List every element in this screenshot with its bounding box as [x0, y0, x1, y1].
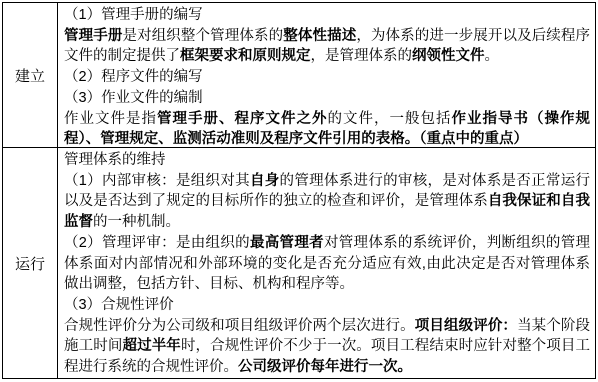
body-text: （1）管理手册的编写	[64, 7, 203, 23]
paragraph: 作业文件是指管理手册、程序文件之外的文件，一般包括作业指导书（操作规程）、管理规…	[64, 109, 590, 147]
body-text: 合规性评价分为公司级和项目组级评价两个层次进行。	[64, 318, 415, 334]
paragraph: （3）合规性评价	[64, 295, 590, 316]
body-text: （2）管理评审：是由组织的	[64, 235, 250, 251]
paragraph: （1）内部审核：是组织对其自身的管理体系进行的审核，是对体系是否正常运行以及是否…	[64, 171, 590, 233]
emphasis-text: 管理手册	[64, 28, 122, 44]
emphasis-text: 纲领性文件	[412, 48, 485, 64]
paragraph: （3）作业文件的编制	[64, 88, 590, 109]
body-text: （3）合规性评价	[64, 297, 174, 313]
emphasis-text: 自身	[250, 173, 280, 189]
paragraph: 管理体系的维持	[64, 150, 590, 171]
emphasis-text: 公司级评价每年进行一次。	[238, 359, 412, 375]
emphasis-text: 整体性描述	[283, 28, 356, 44]
paragraph: 管理手册是对组织整个管理体系的整体性描述，为体系的进一步展开以及后续程序文件的制…	[64, 26, 590, 67]
emphasis-text: 最高管理者	[250, 235, 324, 251]
paragraph: （1）管理手册的编写	[64, 5, 590, 26]
body-text: 的一种机制。	[93, 214, 180, 230]
emphasis-text: 框架要求和原则规定	[180, 48, 311, 64]
body-text: 是对组织整个管理体系的	[122, 28, 283, 44]
body-text: ，是管理体系的	[311, 48, 413, 64]
emphasis-text: 超过半年	[122, 338, 180, 354]
body-text: （3）作业文件的编制	[64, 90, 203, 106]
body-text: 作业文件是指	[64, 111, 157, 127]
emphasis-text: 管理手册、程序文件之外	[157, 111, 328, 127]
row-content: 管理体系的维持（1）内部审核：是组织对其自身的管理体系进行的审核，是对体系是否正…	[58, 148, 595, 378]
paragraph: （2）程序文件的编写	[64, 67, 590, 88]
body-text: （1）内部审核：是组织对其	[64, 173, 250, 189]
emphasis-text: 项目组级评价：	[415, 318, 517, 334]
paragraph: 合规性评价分为公司级和项目组级评价两个层次进行。项目组级评价：当某个阶段施工时间…	[64, 316, 590, 378]
stage-label: 运行	[3, 148, 58, 378]
table-row: 运行管理体系的维持（1）内部审核：是组织对其自身的管理体系进行的审核，是对体系是…	[3, 148, 595, 378]
management-system-table: 建立（1）管理手册的编写管理手册是对组织整个管理体系的整体性描述，为体系的进一步…	[2, 2, 596, 379]
table-row: 建立（1）管理手册的编写管理手册是对组织整个管理体系的整体性描述，为体系的进一步…	[3, 3, 595, 148]
stage-label: 建立	[3, 3, 58, 147]
paragraph: （2）管理评审：是由组织的最高管理者对管理体系的系统评价，判断组织的管理体系面对…	[64, 233, 590, 295]
body-text: 。	[485, 48, 500, 64]
body-text: （2）程序文件的编写	[64, 69, 203, 85]
body-text: 管理体系的维持	[64, 152, 166, 168]
row-content: （1）管理手册的编写管理手册是对组织整个管理体系的整体性描述，为体系的进一步展开…	[58, 3, 595, 147]
document-page: 建立（1）管理手册的编写管理手册是对组织整个管理体系的整体性描述，为体系的进一步…	[0, 0, 598, 382]
body-text: 的文件，一般包括	[328, 111, 452, 127]
